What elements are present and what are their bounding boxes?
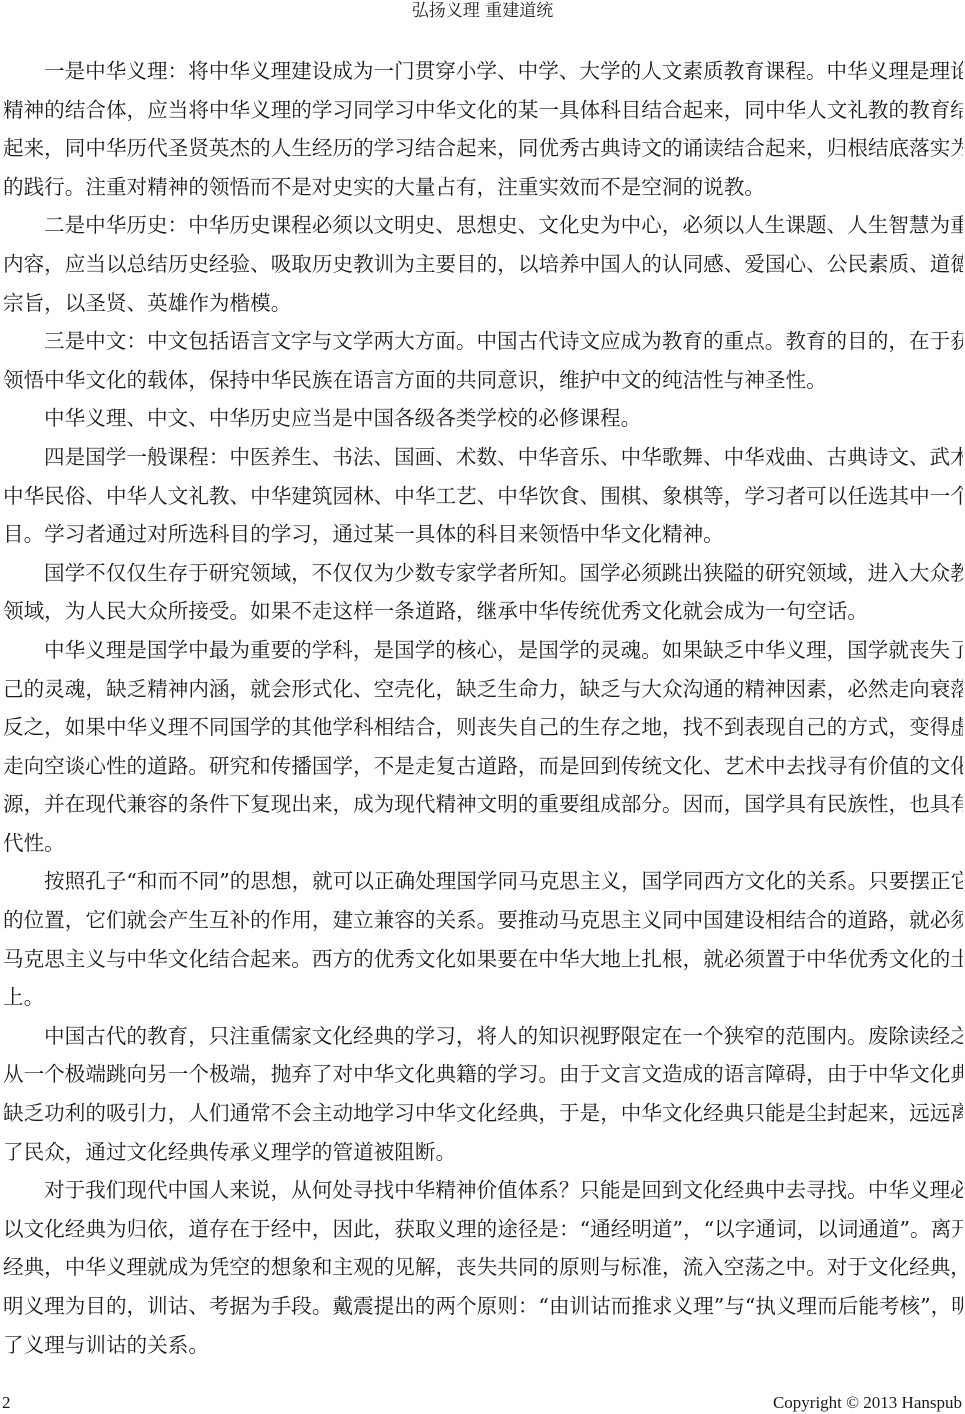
text-line: 三是中文：中文包括语言文字与文学两大方面。中国古代诗文应成为教育的重点。教育的目… [3,322,963,361]
text-line: 按照孔子“和而不同”的思想，就可以正确处理国学同马克思主义，国学同西方文化的关系… [3,862,963,901]
text-line: 四是国学一般课程：中医养生、书法、国画、术数、中华音乐、中华歌舞、中华戏曲、古典… [3,438,963,477]
text-line: 从一个极端跳向另一个极端，抛弃了对中华文化典籍的学习。由于文言文造成的语言障碍，… [3,1055,963,1094]
text-line: 国学不仅仅生存于研究领域，不仅仅为少数专家学者所知。国学必须跳出狭隘的研究领域，… [3,554,963,593]
text-line: 中华义理、中文、中华历史应当是中国各级各类学校的必修课程。 [3,399,963,438]
text-line: 缺乏功利的吸引力，人们通常不会主动地学习中华文化经典，于是，中华文化经典只能是尘… [3,1094,963,1133]
text-line: 起来，同中华历代圣贤英杰的人生经历的学习结合起来，同优秀古典诗文的诵读结合起来，… [3,129,963,168]
paragraph: 中华义理是国学中最为重要的学科，是国学的核心，是国学的灵魂。如果缺乏中华义理，国… [3,631,963,863]
text-line: 对于我们现代中国人来说，从何处寻找中华精神价值体系？只能是回到文化经典中去寻找。… [3,1171,963,1210]
text-line: 中华义理是国学中最为重要的学科，是国学的核心，是国学的灵魂。如果缺乏中华义理，国… [3,631,963,670]
text-line: 二是中华历史：中华历史课程必须以文明史、思想史、文化史为中心，必须以人生课题、人… [3,206,963,245]
paragraph: 一是中华义理：将中华义理建设成为一门贯穿小学、中学、大学的人文素质教育课程。中华… [3,52,963,206]
text-line: 领域，为人民大众所接受。如果不走这样一条道路，继承中华传统优秀文化就会成为一句空… [3,592,963,631]
text-line: 明义理为目的，训诂、考据为手段。戴震提出的两个原则：“由训诂而推求义理”与“执义… [3,1287,963,1326]
text-line: 经典，中华义理就成为凭空的想象和主观的见解，丧失共同的原则与标准，流入空荡之中。… [3,1248,963,1287]
running-header: 弘扬义理 重建道统 [0,0,965,22]
paragraph: 中国古代的教育，只注重儒家文化经典的学习，将人的知识视野限定在一个狭窄的范围内。… [3,1017,963,1171]
text-line: 己的灵魂，缺乏精神内涵，就会形式化、空壳化，缺乏生命力，缺乏与大众沟通的精神因素… [3,670,963,709]
text-line: 了民众，通过文化经典传承义理学的管道被阻断。 [3,1133,963,1172]
paragraph: 四是国学一般课程：中医养生、书法、国画、术数、中华音乐、中华歌舞、中华戏曲、古典… [3,438,963,554]
copyright-notice: Copyright © 2013 Hanspub [773,1393,962,1413]
text-line: 的位置，它们就会产生互补的作用，建立兼容的关系。要推动马克思主义同中国建设相结合… [3,901,963,940]
text-line: 反之，如果中华义理不同国学的其他学科相结合，则丧失自己的生存之地，找不到表现自己… [3,708,963,747]
text-line: 马克思主义与中华文化结合起来。西方的优秀文化如果要在中华大地上扎根，就必须置于中… [3,940,963,979]
text-line: 的践行。注重对精神的领悟而不是对史实的大量占有，注重实效而不是空洞的说教。 [3,168,963,207]
paragraph: 二是中华历史：中华历史课程必须以文明史、思想史、文化史为中心，必须以人生课题、人… [3,206,963,322]
text-line: 精神的结合体，应当将中华义理的学习同学习中华文化的某一具体科目结合起来，同中华人… [3,91,963,130]
page-number: 2 [2,1393,11,1413]
text-line: 目。学习者通过对所选科目的学习，通过某一具体的科目来领悟中华文化精神。 [3,515,963,554]
text-line: 领悟中华文化的载体，保持中华民族在语言方面的共同意识，维护中文的纯洁性与神圣性。 [3,361,963,400]
paragraph: 按照孔子“和而不同”的思想，就可以正确处理国学同马克思主义，国学同西方文化的关系… [3,862,963,1016]
text-line: 代性。 [3,824,963,863]
text-line: 宗旨，以圣贤、英雄作为楷模。 [3,284,963,323]
text-line: 上。 [3,978,963,1017]
document-body: 一是中华义理：将中华义理建设成为一门贯穿小学、中学、大学的人文素质教育课程。中华… [3,52,963,1364]
paragraph: 对于我们现代中国人来说，从何处寻找中华精神价值体系？只能是回到文化经典中去寻找。… [3,1171,963,1364]
text-line: 了义理与训诂的关系。 [3,1326,963,1365]
text-line: 一是中华义理：将中华义理建设成为一门贯穿小学、中学、大学的人文素质教育课程。中华… [3,52,963,91]
text-line: 走向空谈心性的道路。研究和传播国学，不是走复古道路，而是回到传统文化、艺术中去找… [3,747,963,786]
paragraph: 中华义理、中文、中华历史应当是中国各级各类学校的必修课程。 [3,399,963,438]
paragraph: 国学不仅仅生存于研究领域，不仅仅为少数专家学者所知。国学必须跳出狭隘的研究领域，… [3,554,963,631]
text-line: 内容，应当以总结历史经验、吸取历史教训为主要目的，以培养中国人的认同感、爱国心、… [3,245,963,284]
text-line: 中华民俗、中华人文礼教、中华建筑园林、中华工艺、中华饮食、围棋、象棋等，学习者可… [3,477,963,516]
paragraph: 三是中文：中文包括语言文字与文学两大方面。中国古代诗文应成为教育的重点。教育的目… [3,322,963,399]
text-line: 中国古代的教育，只注重儒家文化经典的学习，将人的知识视野限定在一个狭窄的范围内。… [3,1017,963,1056]
text-line: 源，并在现代兼容的条件下复现出来，成为现代精神文明的重要组成部分。因而，国学具有… [3,785,963,824]
text-line: 以文化经典为归依，道存在于经中，因此，获取义理的途径是：“通经明道”，“以字通词… [3,1210,963,1249]
